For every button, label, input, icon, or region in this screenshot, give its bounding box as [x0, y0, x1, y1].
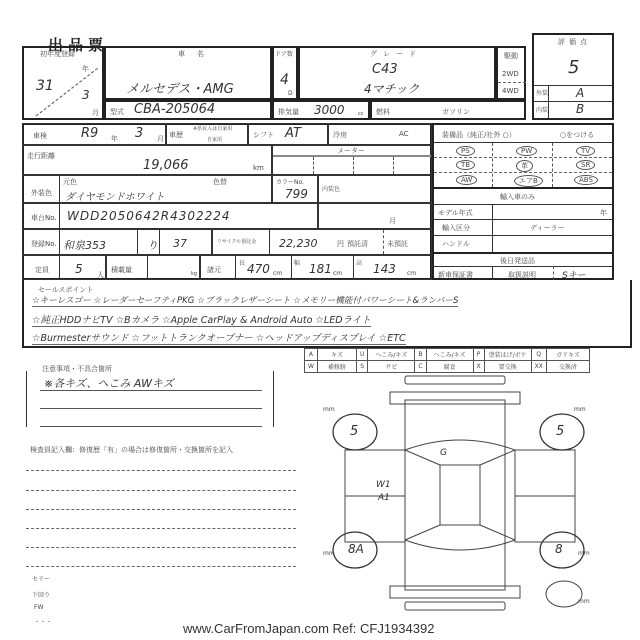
import-type-value: ディーラー — [530, 223, 564, 233]
recycle-value: 22,230 — [279, 237, 318, 250]
inspection-month: 3 — [135, 126, 143, 141]
meter-cell: メーター — [272, 145, 432, 175]
import-header: 輸入車のみ — [500, 192, 535, 202]
plate-cell: 登録No. 和泉353 り 37 — [22, 229, 212, 255]
load-cell: 積載量 kg — [106, 255, 200, 280]
shift-cell: シフト AT — [248, 123, 328, 145]
displacement-unit: cc — [358, 111, 364, 117]
drive-2wd[interactable]: 2WD — [502, 70, 519, 78]
score-overall: 5 — [568, 57, 579, 78]
bottom-label-3: FW — [34, 604, 43, 611]
exterior-score-label: 外装 — [536, 88, 548, 97]
doors-suffix: D — [288, 90, 293, 97]
color-code-label: カラーNo. — [276, 177, 304, 186]
displacement-label: 排気量 — [278, 107, 299, 117]
height-value: 143 — [373, 262, 396, 276]
model-type-label: 型式 — [110, 107, 124, 117]
recycle-deposited[interactable]: 預託済 — [347, 239, 368, 249]
grade-line2: 4マチック — [364, 80, 419, 97]
tread-rear-left: 8A — [348, 542, 364, 556]
mileage-value: 19,066 — [143, 158, 189, 173]
sales-point-line-2: ☆純正HDDナビTV ☆Bカメラ ☆Apple CarPlay & Androi… — [32, 312, 371, 327]
plate-label: 登録No. — [31, 239, 57, 249]
doors-cell: ドア数 4 D — [272, 46, 298, 100]
width-value: 181 — [309, 262, 332, 276]
shift-label: シフト — [253, 130, 274, 140]
equipment-grid: PS PW TV TB 革 SR AW エアB ABS — [434, 143, 612, 187]
sales-point-line-3: ☆Burmesterサウンド ☆フットトランクオープナー ☆ヘッドアップディスプ… — [32, 330, 406, 345]
inspection-year-suffix: 年 — [111, 134, 118, 144]
tread-rear-right: 8 — [555, 542, 563, 556]
plate-area: 和泉353 — [63, 237, 106, 253]
equip-tb[interactable]: TB — [456, 160, 475, 170]
doc-warranty: 新車保証書 — [438, 270, 473, 280]
height-label: 高 — [356, 258, 362, 267]
sales-point-line-1: ☆キーレスゴー ☆レーダーセーフティPKG ☆ブラックレザーシート ☆メモリー機… — [32, 294, 458, 307]
exterior-score: A — [576, 86, 584, 100]
slash-mark — [32, 66, 102, 118]
doors-label: ドア数 — [275, 49, 293, 58]
tread-front-right: 5 — [556, 424, 564, 439]
width-label: 幅 — [294, 258, 300, 267]
original-color-value: ダイヤモンドホワイト — [65, 188, 165, 203]
color-code-value: 799 — [285, 187, 308, 201]
car-name-label: 車名 — [178, 49, 216, 59]
mm-front-left: mm — [323, 406, 335, 413]
inspection-value: R9 — [81, 126, 98, 141]
length-label: 長 — [239, 258, 245, 267]
chassis-month-label: 月 — [389, 216, 396, 226]
equip-tv[interactable]: TV — [576, 146, 595, 156]
model-type-cell: 型式 CBA-205064 — [104, 100, 272, 120]
watermark-footer: www.CarFromJapan.com Ref: CFJ1934392 — [183, 621, 434, 636]
inspection-month-suffix: 月 — [157, 134, 164, 144]
bottom-label-2: 下回り — [32, 590, 50, 599]
score-box: 評価点 5 外装 A 内装 B — [532, 33, 614, 120]
mm-rear-left: mm — [323, 550, 335, 557]
shift-value: AT — [285, 126, 301, 141]
equip-abs[interactable]: ABS — [574, 175, 598, 185]
equip-ps[interactable]: PS — [456, 146, 475, 156]
use-note: ※県民入は自家用 — [193, 125, 232, 132]
equipment-header-right: ○をつける — [560, 130, 594, 140]
grade-line1: C43 — [372, 62, 398, 77]
interior-color-label: 内装色 — [322, 184, 340, 193]
use-label: 車歴 — [169, 130, 183, 140]
handle-label: ハンドル — [442, 239, 470, 249]
displacement-value: 3000 — [314, 103, 345, 117]
tread-front-left: 5 — [350, 424, 358, 439]
car-name-cell: 車名 メルセデス・AMG — [104, 46, 272, 100]
use-cell: 車歴 ※県民入は自家用 自家用 — [166, 123, 248, 145]
inspection-cell: 車検 R9 年 3 月 — [22, 123, 166, 145]
side-damage-mark-1: W1 — [376, 480, 391, 490]
notes-text: ※各キズ、へこみ AWキズ — [44, 375, 174, 391]
fuel-cell: 燃料 ガソリン — [370, 100, 526, 120]
length-value: 470 — [247, 262, 270, 276]
equip-airbag[interactable]: エアB — [514, 175, 543, 187]
equip-leather[interactable]: 革 — [516, 160, 533, 172]
doc-manual: 取扱説明 — [508, 270, 536, 280]
equip-sr[interactable]: SR — [576, 160, 595, 170]
documents-header: 後日発送品 — [500, 256, 535, 266]
equipment-header: 装備品（純正/社外 ○） — [442, 130, 516, 140]
original-color-label: 元色 — [63, 177, 77, 187]
capacity-label: 定員 — [35, 265, 49, 275]
mileage-label: 走行距離 — [27, 151, 55, 161]
ac-value: AC — [399, 130, 409, 138]
capacity-cell: 定員 5 人 — [22, 255, 106, 280]
inspector-label: 検査員記入欄：修復歴「有」の場合は修復箇所・交換箇所を記入 — [30, 445, 233, 455]
length-unit: cm — [273, 270, 282, 277]
model-year-unit: 年 — [600, 208, 607, 218]
color-cell: 外装色 元色 色替 ダイヤモンドホワイト — [22, 175, 272, 203]
mileage-cell: 走行距離 19,066 km — [22, 145, 272, 175]
ac-cell: 冷房 AC — [328, 123, 432, 145]
mm-front-right: mm — [574, 406, 586, 413]
dimensions-cell: 諸元 長 470 cm 幅 181 cm 高 143 cm — [200, 255, 432, 280]
recycle-cell: リサイクル預託金 22,230 円 預託済 未預託 — [212, 229, 432, 255]
capacity-value: 5 — [75, 262, 83, 276]
interior-color-cell: 内装色 — [318, 175, 432, 203]
load-unit: kg — [191, 271, 197, 277]
interior-score: B — [576, 102, 584, 116]
roof-damage-mark: G — [440, 448, 447, 458]
first-registration-cell: 初年度登録 31 年 3 月 — [22, 46, 104, 120]
mm-rear-right: mm — [578, 550, 590, 557]
recycle-label: リサイクル預託金 — [217, 238, 256, 245]
height-unit: cm — [407, 270, 416, 277]
inspection-label: 車検 — [33, 131, 47, 141]
fuel-value: ガソリン — [442, 107, 470, 117]
equip-pw[interactable]: PW — [516, 146, 537, 156]
grade-label: グレード — [370, 49, 422, 59]
capacity-unit: 人 — [97, 270, 104, 280]
drive-4wd[interactable]: 4WD — [502, 87, 519, 95]
mm-spare: mm — [578, 598, 590, 605]
score-label: 評価点 — [558, 37, 591, 47]
grade-cell: グレード C43 4マチック — [298, 46, 496, 100]
model-year-label: モデル年式 — [438, 208, 473, 218]
drive-cell: 駆動 2WD 4WD — [496, 46, 526, 100]
ac-label: 冷房 — [333, 130, 347, 140]
equip-aw[interactable]: AW — [456, 175, 477, 185]
dimensions-label: 諸元 — [207, 265, 221, 275]
drive-label: 駆動 — [504, 51, 518, 61]
displacement-cell: 排気量 3000 cc — [272, 100, 370, 120]
first-registration-label: 初年度登録 — [40, 49, 75, 59]
car-name-value: メルセデス・AMG — [126, 78, 234, 97]
recycle-unit: 円 — [337, 239, 344, 249]
color-label: 外装色 — [31, 188, 52, 198]
bottom-label-4: ・・・ — [34, 617, 52, 626]
recycle-not-deposited[interactable]: 未預託 — [387, 239, 408, 249]
chassis-cell: 車台No. WDD2050642R4302224 — [22, 203, 318, 229]
mileage-unit: km — [253, 164, 264, 172]
plate-number: 37 — [173, 237, 187, 250]
import-type-label: 輸入区分 — [442, 223, 470, 233]
color-change-label: 色替 — [213, 177, 227, 187]
fuel-label: 燃料 — [376, 107, 390, 117]
model-type-value: CBA-205064 — [134, 102, 215, 117]
plate-kana: り — [147, 237, 158, 253]
interior-score-label: 内装 — [536, 105, 548, 114]
use-value: 自家用 — [207, 136, 222, 143]
color-code-cell: カラーNo. 799 — [272, 175, 318, 203]
bottom-label-1: セリー — [32, 574, 50, 583]
side-damage-mark-2: A1 — [378, 493, 390, 503]
width-unit: cm — [333, 270, 342, 277]
load-label: 積載量 — [111, 265, 132, 275]
chassis-month-cell: 月 — [318, 203, 432, 229]
doors-value: 4 — [280, 72, 289, 88]
chassis-label: 車台No. — [31, 213, 57, 223]
car-diagram — [300, 370, 620, 620]
chassis-value: WDD2050642R4302224 — [67, 209, 231, 223]
